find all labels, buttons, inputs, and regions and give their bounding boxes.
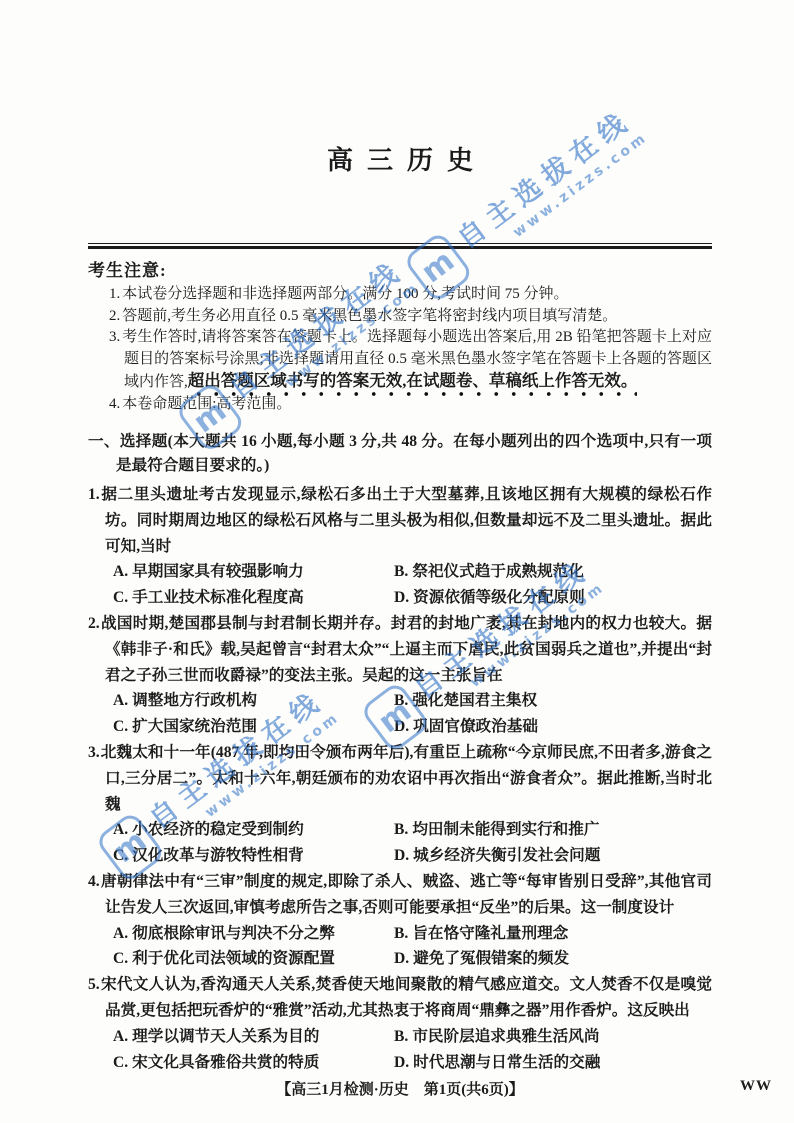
option-2-b: B.强化楚国君主集权 — [394, 688, 712, 714]
option-text: 资源依循等级化分配原则 — [413, 589, 585, 606]
header-divider — [88, 243, 712, 249]
option-4-c: C.利于优化司法领域的资源配置 — [113, 946, 394, 972]
question-stem-text: 北魏太和十一年(487 年,即均田令颁布两年后),有重臣上疏称“今京师民庶,不田… — [101, 744, 712, 813]
option-text: 宋文化具备雅俗共赏的特质 — [132, 1054, 319, 1071]
option-label: D. — [394, 1054, 409, 1071]
question-list: 1.据二里头遗址考古发现显示,绿松石多出土于大型墓葬,且该地区拥有大规模的绿松石… — [88, 482, 712, 1075]
option-text: 避免了冤假错案的频发 — [413, 950, 569, 967]
notice-item-1: 1.本试卷分选择题和非选择题两部分。满分 100 分,考试时间 75 分钟。 — [109, 284, 712, 306]
option-label: B. — [394, 563, 408, 580]
option-text: 利于优化司法领域的资源配置 — [132, 950, 335, 967]
exam-page: m 自主选拔在线 www.zizzs.com m 自主选拔在线 www.zizz… — [0, 0, 794, 1123]
question-number: 5. — [88, 976, 100, 993]
option-text: 汉化改革与游牧特性相背 — [132, 847, 304, 864]
option-1-a: A.早期国家具有较强影响力 — [113, 559, 394, 585]
option-4-b: B.旨在恪守隆礼量刑理念 — [394, 921, 712, 947]
option-5-a: A.理学以调节天人关系为目的 — [113, 1024, 394, 1050]
option-1-d: D.资源依循等级化分配原则 — [394, 585, 712, 611]
option-5-d: D.时代思潮与日常生活的交融 — [394, 1050, 712, 1076]
question-stem-text: 唐朝律法中有“三审”制度的规定,即除了杀人、贼盗、逃亡等“每审皆别日受辞”,其他… — [101, 873, 712, 916]
option-label: A. — [113, 925, 128, 942]
option-text: 市民阶层追求典雅生活风尚 — [412, 1028, 599, 1045]
section-heading: 一、选择题(本大题共 16 小题,每小题 3 分,共 48 分。在每小题列出的四… — [88, 430, 712, 477]
option-group: A.理学以调节天人关系为目的 B.市民阶层追求典雅生活风尚 C.宋文化具备雅俗共… — [88, 1024, 712, 1076]
option-text: 巩固官僚政治基础 — [413, 718, 538, 735]
option-text: 手工业技术标准化程度高 — [132, 589, 304, 606]
question-4: 4.唐朝律法中有“三审”制度的规定,即除了杀人、贼盗、逃亡等“每审皆别日受辞”,… — [88, 869, 712, 972]
question-number: 3. — [88, 744, 100, 761]
option-5-c: C.宋文化具备雅俗共赏的特质 — [113, 1050, 394, 1076]
option-group: A.彻底根除审讯与判决不分之弊 B.旨在恪守隆礼量刑理念 C.利于优化司法领域的… — [88, 921, 712, 973]
question-number: 1. — [88, 486, 100, 503]
option-4-a: A.彻底根除审讯与判决不分之弊 — [113, 921, 394, 947]
question-stem: 1.据二里头遗址考古发现显示,绿松石多出土于大型墓葬,且该地区拥有大规模的绿松石… — [88, 482, 712, 559]
option-text: 时代思潮与日常生活的交融 — [413, 1054, 600, 1071]
page-content: 高三历史 考生注意: 1.本试卷分选择题和非选择题两部分。满分 100 分,考试… — [88, 0, 712, 1099]
option-label: D. — [394, 950, 409, 967]
option-label: A. — [113, 563, 128, 580]
question-stem: 2.战国时期,楚国郡县制与封君制长期并存。封君的封地广袤,其在封地内的权力也较大… — [88, 611, 712, 688]
option-5-b: B.市民阶层追求典雅生活风尚 — [394, 1024, 712, 1050]
option-label: A. — [113, 1028, 128, 1045]
option-label: B. — [394, 1028, 408, 1045]
notice-item-number: 2. — [109, 308, 120, 324]
question-3: 3.北魏太和十一年(487 年,即均田令颁布两年后),有重臣上疏称“今京师民庶,… — [88, 740, 712, 869]
option-text: 小农经济的稳定受到制约 — [132, 821, 304, 838]
option-label: C. — [113, 718, 128, 735]
option-1-b: B.祭祀仪式趋于成熟规范化 — [394, 559, 712, 585]
question-stem: 5.宋代文人认为,香沟通天人关系,焚香使天地间聚散的精气感应道交。文人焚香不仅是… — [88, 972, 712, 1024]
option-label: C. — [113, 950, 128, 967]
option-label: C. — [113, 847, 128, 864]
question-number: 4. — [88, 873, 100, 890]
question-stem: 3.北魏太和十一年(487 年,即均田令颁布两年后),有重臣上疏称“今京师民庶,… — [88, 740, 712, 817]
question-stem: 4.唐朝律法中有“三审”制度的规定,即除了杀人、贼盗、逃亡等“每审皆别日受辞”,… — [88, 869, 712, 921]
notice-item-number: 1. — [109, 286, 120, 302]
question-stem-text: 据二里头遗址考古发现显示,绿松石多出土于大型墓葬,且该地区拥有大规模的绿松石作坊… — [101, 486, 712, 555]
page-title: 高三历史 — [88, 140, 712, 177]
notice-item-3: 3.考生作答时,请将答案答在答题卡上。选择题每小题选出答案后,用 2B 铅笔把答… — [109, 327, 712, 394]
question-1: 1.据二里头遗址考古发现显示,绿松石多出土于大型墓葬,且该地区拥有大规模的绿松石… — [88, 482, 712, 611]
option-label: D. — [394, 847, 409, 864]
option-label: B. — [394, 692, 408, 709]
option-2-d: D.巩固官僚政治基础 — [394, 714, 712, 740]
option-group: A.小农经济的稳定受到制约 B.均田制未能得到实行和推广 C.汉化改革与游牧特性… — [88, 817, 712, 869]
option-text: 强化楚国君主集权 — [412, 692, 537, 709]
notice-heading: 考生注意: — [88, 256, 712, 281]
notice-item-text: 本卷命题范围:高考范围。 — [122, 396, 291, 412]
notice-item-number: 4. — [109, 396, 120, 412]
option-3-b: B.均田制未能得到实行和推广 — [394, 817, 712, 843]
option-label: C. — [113, 589, 128, 606]
option-label: A. — [113, 692, 128, 709]
notice-item-text: 答题前,考生务必用直径 0.5 毫米黑色墨水签字笔将密封线内项目填写清楚。 — [122, 308, 617, 324]
question-5: 5.宋代文人认为,香沟通天人关系,焚香使天地间聚散的精气感应道交。文人焚香不仅是… — [88, 972, 712, 1075]
question-2: 2.战国时期,楚国郡县制与封君制长期并存。封君的封地广袤,其在封地内的权力也较大… — [88, 611, 712, 740]
option-3-d: D.城乡经济失衡引发社会问题 — [394, 843, 712, 869]
option-text: 旨在恪守隆礼量刑理念 — [412, 925, 568, 942]
notice-item-text: 本试卷分选择题和非选择题两部分。满分 100 分,考试时间 75 分钟。 — [122, 286, 568, 302]
notice-item-number: 3. — [109, 329, 120, 345]
footer-center-text: 【高三1月检测·历史 第1页(共6页)】 — [276, 1082, 524, 1098]
option-group: A.调整地方行政机构 B.强化楚国君主集权 C.扩大国家统治范围 D.巩固官僚政… — [88, 688, 712, 740]
notice-item-2: 2.答题前,考生务必用直径 0.5 毫米黑色墨水签字笔将密封线内项目填写清楚。 — [109, 306, 712, 328]
option-text: 均田制未能得到实行和推广 — [412, 821, 599, 838]
option-4-d: D.避免了冤假错案的频发 — [394, 946, 712, 972]
option-label: A. — [113, 821, 128, 838]
option-text: 调整地方行政机构 — [132, 692, 257, 709]
option-1-c: C.手工业技术标准化程度高 — [113, 585, 394, 611]
option-label: D. — [394, 589, 409, 606]
option-text: 彻底根除审讯与判决不分之弊 — [132, 925, 335, 942]
question-number: 2. — [88, 615, 100, 632]
question-stem-text: 战国时期,楚国郡县制与封君制长期并存。封君的封地广袤,其在封地内的权力也较大。据… — [101, 615, 712, 684]
option-label: D. — [394, 718, 409, 735]
option-label: C. — [113, 1054, 128, 1071]
option-label: B. — [394, 925, 408, 942]
question-stem-text: 宋代文人认为,香沟通天人关系,焚香使天地间聚散的精气感应道交。文人焚香不仅是嗅觉… — [101, 976, 712, 1019]
option-label: B. — [394, 821, 408, 838]
option-3-c: C.汉化改革与游牧特性相背 — [113, 843, 394, 869]
option-2-c: C.扩大国家统治范围 — [113, 714, 394, 740]
option-group: A.早期国家具有较强影响力 B.祭祀仪式趋于成熟规范化 C.手工业技术标准化程度… — [88, 559, 712, 611]
option-text: 祭祀仪式趋于成熟规范化 — [412, 563, 584, 580]
page-footer: 【高三1月检测·历史 第1页(共6页)】 WW — [88, 1078, 712, 1099]
option-3-a: A.小农经济的稳定受到制约 — [113, 817, 394, 843]
notice-list: 1.本试卷分选择题和非选择题两部分。满分 100 分,考试时间 75 分钟。 2… — [88, 284, 712, 415]
option-2-a: A.调整地方行政机构 — [113, 688, 394, 714]
footer-right-text: WW — [740, 1078, 772, 1095]
option-text: 理学以调节天人关系为目的 — [132, 1028, 319, 1045]
option-text: 早期国家具有较强影响力 — [132, 563, 304, 580]
option-text: 城乡经济失衡引发社会问题 — [413, 847, 600, 864]
option-text: 扩大国家统治范围 — [132, 718, 257, 735]
